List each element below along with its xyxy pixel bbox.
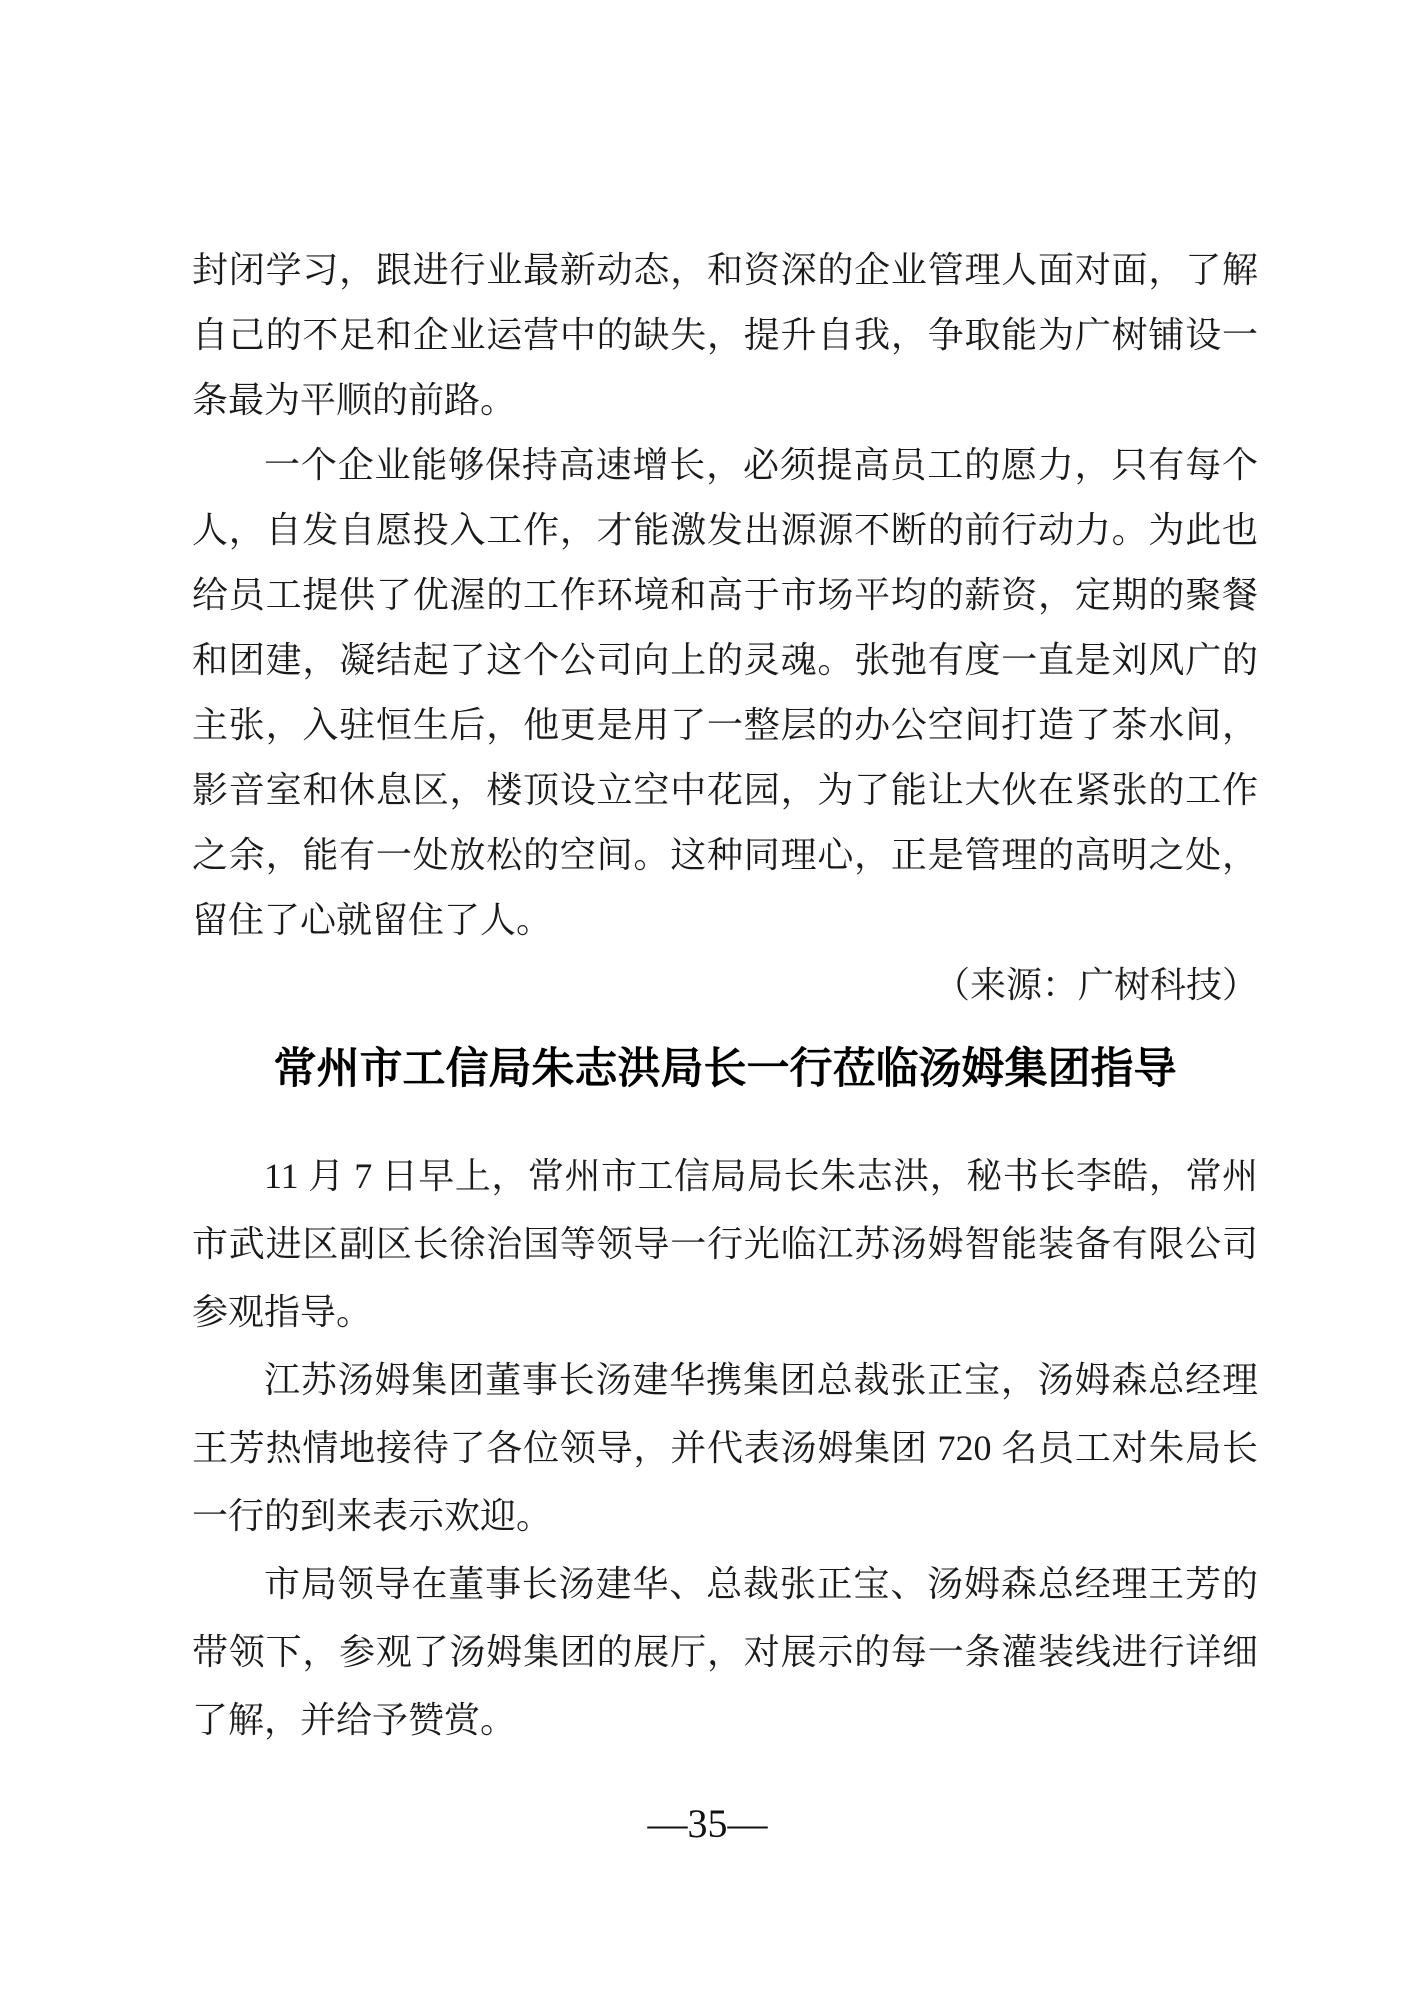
document-page: 封闭学习，跟进行业最新动态，和资深的企业管理人面对面，了解自己的不足和企业运营中… — [0, 0, 1415, 2000]
article-tom-section: 常州市工信局朱志洪局长一行莅临汤姆集团指导 11 月 7 日早上，常州市工信局局… — [192, 1018, 1258, 1754]
article-title: 常州市工信局朱志洪局长一行莅临汤姆集团指导 — [192, 1018, 1258, 1096]
source-attribution: （来源：广树科技） — [192, 953, 1258, 1018]
paragraph: 一个企业能够保持高速增长，必须提高员工的愿力，只有每个人，自发自愿投入工作，才能… — [192, 433, 1258, 953]
article-guangshu-section: 封闭学习，跟进行业最新动态，和资深的企业管理人面对面，了解自己的不足和企业运营中… — [192, 238, 1258, 1018]
paragraph: 市局领导在董事长汤建华、总裁张正宝、汤姆森总经理王芳的带领下，参观了汤姆集团的展… — [192, 1550, 1258, 1754]
paragraph: 11 月 7 日早上，常州市工信局局长朱志洪，秘书长李皓，常州市武进区副区长徐治… — [192, 1142, 1258, 1346]
paragraph-continued: 封闭学习，跟进行业最新动态，和资深的企业管理人面对面，了解自己的不足和企业运营中… — [192, 238, 1258, 433]
page-number: —35— — [0, 1800, 1415, 1848]
paragraph: 江苏汤姆集团董事长汤建华携集团总裁张正宝，汤姆森总经理王芳热情地接待了各位领导，… — [192, 1346, 1258, 1550]
page-content: 封闭学习，跟进行业最新动态，和资深的企业管理人面对面，了解自己的不足和企业运营中… — [192, 238, 1258, 1754]
